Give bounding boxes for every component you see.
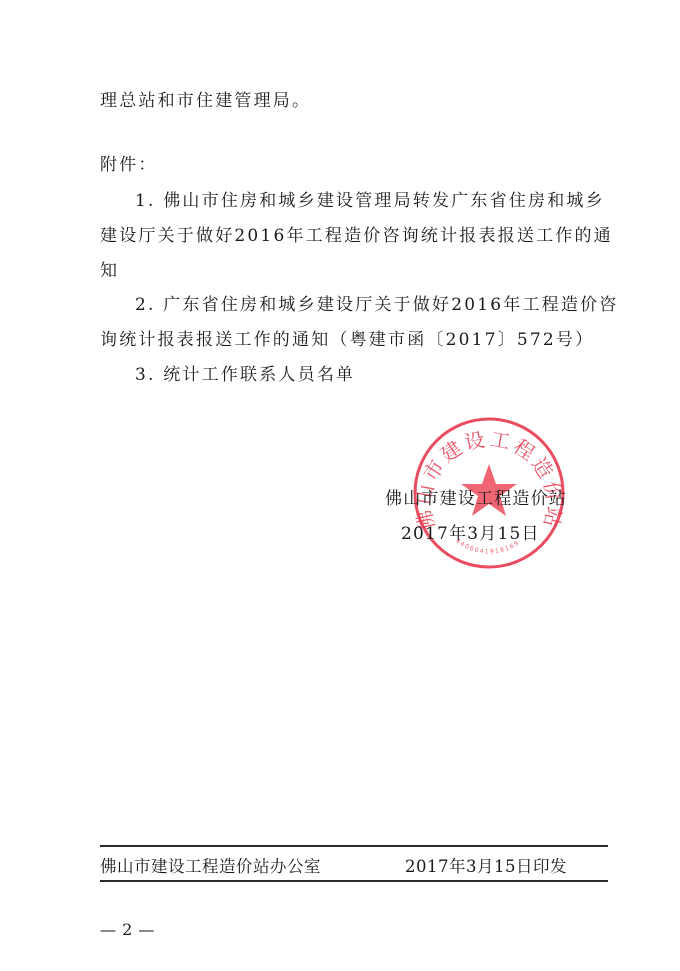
attachment-2-line-2: 询统计报表报送工作的通知（粤建市函〔2017〕572号）	[100, 325, 594, 350]
body-continuation: 理总站和市住建管理局。	[100, 86, 311, 111]
signature-date: 2017年3月15日	[401, 519, 540, 544]
footer-issuer: 佛山市建设工程造价站办公室	[100, 853, 321, 877]
attachment-2-line-1: 2. 广东省住房和城乡建设厅关于做好2016年工程造价咨	[135, 290, 619, 315]
attachment-1-line-1: 1. 佛山市住房和城乡建设管理局转发广东省住房和城乡	[135, 186, 605, 211]
footer-bottom-rule	[100, 880, 608, 882]
footer-issue-date: 2017年3月15日印发	[405, 853, 567, 877]
footer-top-rule	[100, 845, 608, 847]
attachments-label: 附件：	[100, 150, 158, 175]
attachment-3: 3. 统计工作联系人员名单	[135, 360, 355, 385]
page-number: — 2 —	[100, 920, 155, 939]
signature-org: 佛山市建设工程造价站	[385, 484, 567, 509]
attachment-1-line-2: 建设厅关于做好2016年工程造价咨询统计报表报送工作的通	[100, 221, 613, 246]
attachment-1-line-3: 知	[100, 256, 119, 281]
